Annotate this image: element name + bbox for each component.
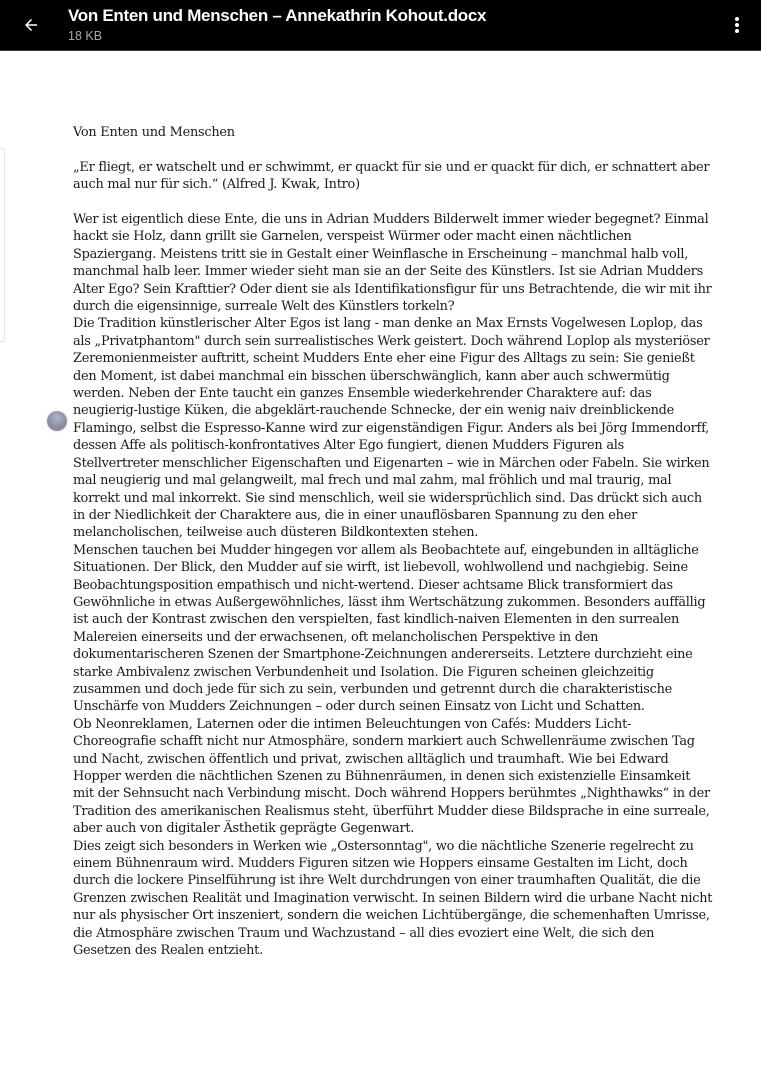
paragraph: Die Tradition künstlerischer Alter Egos … <box>73 315 713 541</box>
app-bar: Von Enten und Menschen – Annekathrin Koh… <box>0 0 761 51</box>
file-size: 18 KB <box>68 29 102 43</box>
document-heading: Von Enten und Menschen <box>73 124 713 141</box>
document-title: Von Enten und Menschen – Annekathrin Koh… <box>68 6 486 26</box>
more-options-button[interactable] <box>725 8 749 42</box>
edge-panel-handle[interactable] <box>0 148 5 342</box>
back-button[interactable] <box>14 8 48 42</box>
arrow-left-icon <box>22 16 40 34</box>
paragraph: Wer ist eigentlich diese Ente, die uns i… <box>73 211 713 315</box>
document-body: Von Enten und Menschen „Er fliegt, er wa… <box>73 124 713 959</box>
paragraph: Ob Neonreklamen, Laternen oder die intim… <box>73 716 713 838</box>
epigraph-quote: „Er fliegt, er watschelt und er schwimmt… <box>73 159 713 194</box>
more-vert-icon <box>734 16 740 34</box>
floating-assistant-bubble[interactable] <box>47 411 67 431</box>
paragraph: Menschen tauchen bei Mudder hingegen vor… <box>73 542 713 716</box>
paragraph: Dies zeigt sich besonders in Werken wie … <box>73 838 713 960</box>
